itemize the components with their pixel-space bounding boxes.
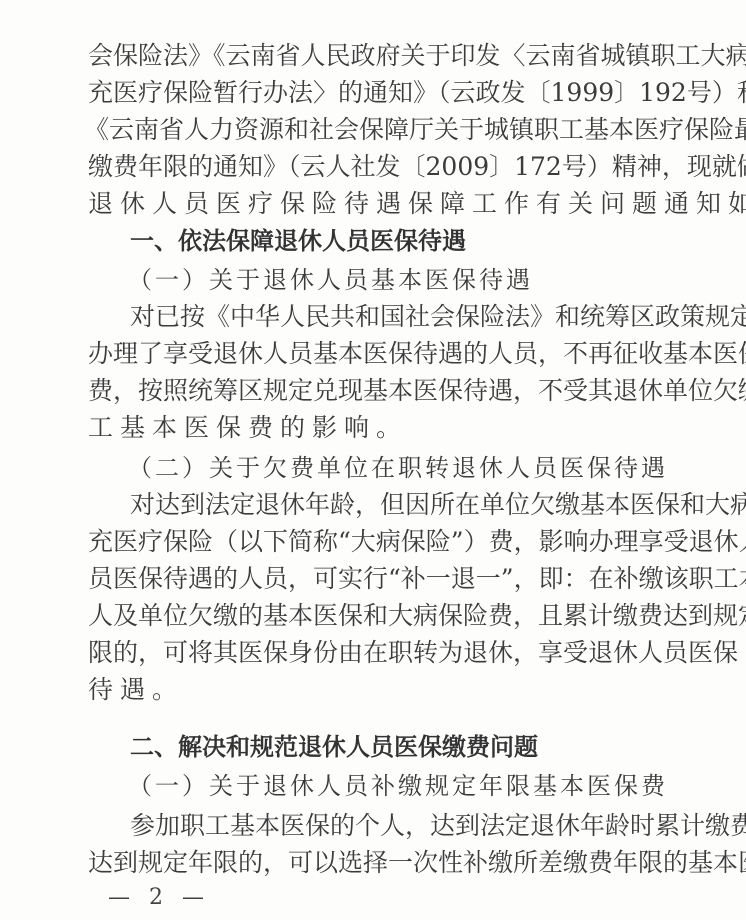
section-heading-1: 一、依法保障退休人员医保待遇 — [130, 223, 466, 259]
body-line: 充医疗保险（以下简称“大病保险”）费，影响办理享受退休人 — [88, 524, 668, 560]
body-line: 限的，可将其医保身份由在职转为退休，享受退休人员医保 — [88, 635, 668, 671]
body-line: 缴费年限的通知》（云人社发〔2009〕172号）精神，现就做好 — [88, 149, 668, 185]
body-line: 人及单位欠缴的基本医保和大病保险费，且累计缴费达到规定年 — [88, 598, 668, 634]
body-line: 费，按照统筹区规定兑现基本医保待遇，不受其退休单位欠缴职 — [88, 373, 668, 409]
body-line: 《云南省人力资源和社会保障厅关于城镇职工基本医疗保险最低 — [84, 112, 668, 148]
body-line: 会保险法》《云南省人民政府关于印发〈云南省城镇职工大病补 — [88, 38, 668, 74]
body-line: 员医保待遇的人员，可实行“补一退一”，即：在补缴该职工本 — [88, 561, 668, 597]
subsection-heading-1-2: （二）关于欠费单位在职转退休人员医保待遇 — [128, 450, 668, 486]
body-line: 充医疗保险暂行办法〉的通知》（云政发〔1999〕192号）和 — [88, 75, 668, 111]
section-heading-2: 二、解决和规范退休人员医保缴费问题 — [130, 729, 538, 765]
body-line: 对已按《中华人民共和国社会保险法》和统筹区政策规定， — [130, 299, 668, 335]
subsection-heading-1-1: （一）关于退休人员基本医保待遇 — [128, 262, 533, 298]
body-line: 办理了享受退休人员基本医保待遇的人员，不再征收基本医保 — [88, 336, 668, 372]
subsection-heading-2-1: （一）关于退休人员补缴规定年限基本医保费 — [128, 768, 668, 804]
body-line: 达到规定年限的，可以选择一次性补缴所差缴费年限的基本医保 — [88, 845, 668, 881]
document-page: 会保险法》《云南省人民政府关于印发〈云南省城镇职工大病补 充医疗保险暂行办法〉的… — [0, 0, 746, 920]
body-line: 工基本医保费的影响。 — [88, 410, 668, 446]
body-line: 对达到法定退休年龄，但因所在单位欠缴基本医保和大病补 — [130, 487, 668, 523]
body-line: 待遇。 — [88, 672, 668, 708]
body-line: 退休人员医疗保险待遇保障工作有关问题通知如下： — [88, 186, 668, 222]
page-number: — 2 — — [108, 884, 210, 912]
body-line: 参加职工基本医保的个人，达到法定退休年龄时累计缴费未 — [130, 808, 668, 844]
